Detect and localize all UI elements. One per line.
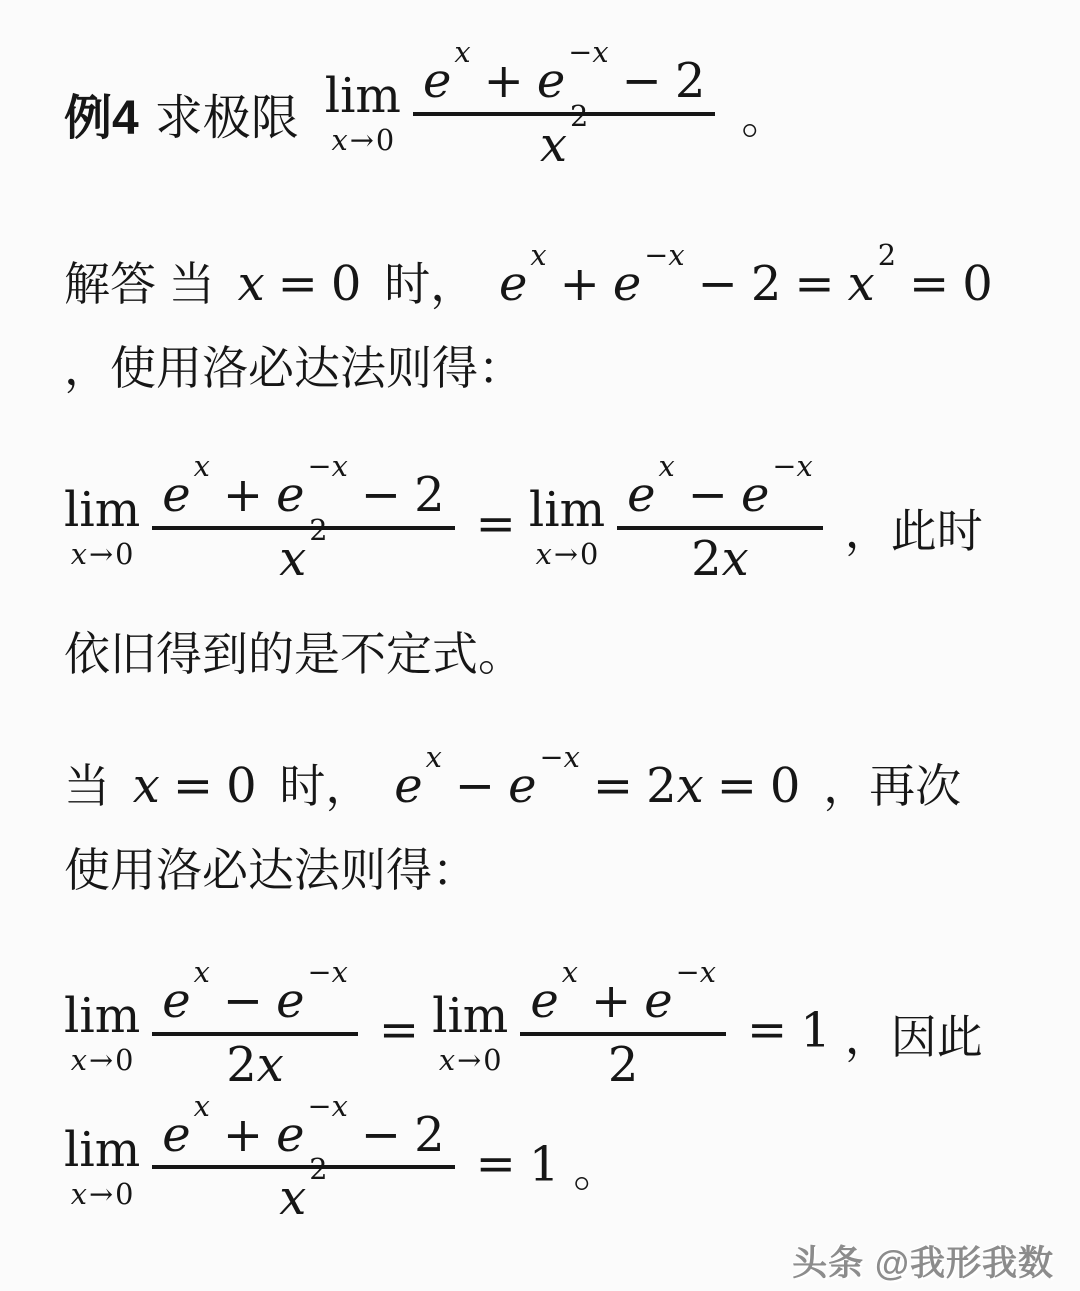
math-superscript: −x: [308, 449, 348, 483]
math-token: x: [536, 537, 552, 571]
fraction: ex−e−x2x: [152, 972, 358, 1096]
title-period: 。: [741, 81, 787, 147]
math-token: x: [257, 1037, 284, 1093]
math-token: ex: [162, 1107, 210, 1163]
d2-row2: limx→0ex+e−x−2x2=1 。: [64, 1106, 983, 1230]
d2-row2-equation: limx→0ex+e−x−2x2=1: [64, 1106, 559, 1230]
p2-line2-text: 使用洛必达法则得：: [64, 844, 478, 896]
p1-line2: ，使用洛必达法则得：: [64, 345, 1003, 391]
fraction-denominator: 2x: [681, 530, 759, 590]
math-token: 0: [115, 1177, 133, 1211]
math-superscript: 2: [878, 238, 896, 272]
p1-inline-math-1: x=0: [238, 256, 362, 312]
math-token: →: [89, 1177, 113, 1211]
math-token: 2: [414, 467, 445, 523]
p2-inline-math-1: x=0: [133, 758, 257, 814]
math-operator: −: [622, 53, 662, 109]
limit-operator: limx→0: [64, 486, 140, 569]
math-token: x2: [848, 256, 896, 312]
p2-inline-math-2: ex−e−x=2x=0: [394, 758, 800, 814]
math-operator: =: [747, 1002, 787, 1058]
math-operator: =: [476, 1136, 516, 1192]
math-operator: +: [223, 1107, 263, 1163]
math-token: x: [331, 123, 347, 157]
math-operator: −: [455, 758, 495, 814]
math-token: 0: [226, 758, 257, 814]
math-token: 2: [675, 53, 706, 109]
math-token: 0: [115, 1043, 133, 1077]
math-superscript: −x: [308, 955, 348, 989]
math-operator: =: [717, 758, 757, 814]
math-token: x: [238, 256, 265, 312]
lim-subscript: x→0: [535, 540, 600, 569]
fraction-denominator: x2: [269, 1169, 337, 1229]
math-token: 2: [751, 256, 782, 312]
math-operator: −: [361, 467, 401, 523]
p2-line2: 使用洛必达法则得：: [64, 847, 961, 893]
math-token: e−x: [741, 467, 813, 523]
math-token: e−x: [613, 256, 685, 312]
p1-mid: 时，: [384, 258, 476, 310]
math-token: x2: [279, 531, 327, 587]
math-token: ex: [162, 467, 210, 523]
paragraph-solution: 解答 当 x=0 时， ex+e−x−2=x2=0 ，使用洛必达法则得：: [64, 260, 1003, 391]
math-token: ex: [499, 256, 547, 312]
d1-tail: ，此时: [845, 495, 983, 561]
math-token: x: [722, 531, 749, 587]
math-token: 0: [376, 123, 394, 157]
math-token: x: [439, 1043, 455, 1077]
limit-operator: limx→0: [325, 72, 401, 155]
math-superscript: x: [658, 449, 674, 483]
math-token: x: [71, 1043, 87, 1077]
display-formula-2: limx→0ex−e−x2x=limx→0ex+e−x2=1 ，因此 limx→…: [64, 972, 983, 1229]
math-token: 2: [608, 1037, 639, 1093]
math-operator: +: [223, 467, 263, 523]
paragraph-second: 当 x=0 时， ex−e−x=2x=0 ，再次 使用洛必达法则得：: [64, 762, 961, 893]
lim-word: lim: [325, 72, 401, 120]
p2-suffix: ，再次: [823, 760, 961, 812]
lim-subscript: x→0: [70, 1180, 135, 1209]
d1-equation: limx→0ex+e−x−2x2=limx→0ex−e−x2x: [64, 466, 831, 590]
math-token: x: [71, 1177, 87, 1211]
p2-prefix: 当: [64, 760, 110, 812]
fraction: ex+e−x−2x2: [413, 52, 715, 176]
math-token: ex: [627, 467, 675, 523]
d2-row1: limx→0ex−e−x2x=limx→0ex+e−x2=1 ，因此: [64, 972, 983, 1096]
fraction-denominator: x2: [530, 116, 598, 176]
math-token: 0: [331, 256, 362, 312]
math-superscript: x: [426, 740, 442, 774]
math-operator: =: [379, 1002, 419, 1058]
math-token: 2: [691, 531, 722, 587]
fraction-numerator: ex−e−x: [152, 972, 358, 1032]
limit-operator: limx→0: [64, 1126, 140, 1209]
fraction-numerator: ex+e−x−2: [152, 466, 454, 526]
math-superscript: −x: [568, 35, 608, 69]
math-superscript: x: [454, 35, 470, 69]
math-superscript: −x: [539, 740, 579, 774]
display-formula-1: limx→0ex+e−x−2x2=limx→0ex−e−x2x ，此时 依旧得到…: [64, 466, 983, 684]
math-operator: −: [361, 1107, 401, 1163]
math-operator: =: [794, 256, 834, 312]
p2-line1: 当 x=0 时， ex−e−x=2x=0 ，再次: [64, 762, 961, 810]
title-formula: limx→0ex+e−x−2x2: [325, 52, 724, 176]
math-token: ex: [423, 53, 471, 109]
math-token: →: [457, 1043, 481, 1077]
lim-subscript: x→0: [70, 540, 135, 569]
lim-word: lim: [529, 486, 605, 534]
math-superscript: x: [194, 449, 210, 483]
math-operator: =: [476, 496, 516, 552]
math-superscript: −x: [772, 449, 812, 483]
d1-note-text: 依旧得到的是不定式。: [64, 628, 524, 680]
math-superscript: 2: [309, 1152, 327, 1186]
math-token: e−x: [276, 973, 348, 1029]
math-operator: =: [278, 256, 318, 312]
d1-note: 依旧得到的是不定式。: [64, 618, 983, 684]
math-token: →: [554, 537, 578, 571]
math-superscript: 2: [309, 513, 327, 547]
math-token: 0: [962, 256, 993, 312]
fraction-denominator: 2: [598, 1036, 649, 1096]
lim-subscript: x→0: [330, 126, 395, 155]
limit-operator: limx→0: [64, 992, 140, 1075]
math-superscript: −x: [308, 1089, 348, 1123]
lim-subscript: x→0: [438, 1046, 503, 1075]
math-token: ex: [394, 758, 442, 814]
p1-line1: 解答 当 x=0 时， ex+e−x−2=x2=0: [64, 260, 1003, 308]
math-token: 0: [115, 537, 133, 571]
math-token: ex: [162, 973, 210, 1029]
math-operator: −: [688, 467, 728, 523]
title-line: 例4 求极限 limx→0ex+e−x−2x2 。: [64, 52, 787, 176]
watermark-brand: 头条 @我形我数: [792, 1236, 1054, 1286]
fraction: ex+e−x−2x2: [152, 1106, 454, 1230]
math-token: 1: [529, 1136, 560, 1192]
math-operator: −: [223, 973, 263, 1029]
math-operator: +: [560, 256, 600, 312]
math-token: 2: [226, 1037, 257, 1093]
lim-word: lim: [64, 1126, 140, 1174]
fraction: ex+e−x−2x2: [152, 466, 454, 590]
fraction-numerator: ex−e−x: [617, 466, 823, 526]
math-token: x2: [540, 117, 588, 173]
d2-row2-period: 。: [573, 1134, 619, 1200]
math-token: x2: [279, 1170, 327, 1226]
math-superscript: x: [562, 955, 578, 989]
lim-word: lim: [64, 992, 140, 1040]
math-token: →: [89, 537, 113, 571]
math-token: 1: [800, 1002, 831, 1058]
limit-operator: limx→0: [432, 992, 508, 1075]
p1-line2-text: ，使用洛必达法则得：: [64, 342, 524, 394]
math-superscript: 2: [570, 99, 588, 133]
math-superscript: x: [530, 238, 546, 272]
math-token: ex: [530, 973, 578, 1029]
limit-operator: limx→0: [529, 486, 605, 569]
math-superscript: −x: [676, 955, 716, 989]
math-token: 0: [580, 537, 598, 571]
math-operator: +: [484, 53, 524, 109]
math-token: 2: [646, 758, 677, 814]
fraction-denominator: 2x: [216, 1036, 294, 1096]
p2-mid: 时，: [279, 760, 371, 812]
fraction: ex−e−x2x: [617, 466, 823, 590]
page-root: 例4 求极限 limx→0ex+e−x−2x2 。 解答 当 x=0 时， ex…: [0, 0, 1080, 1291]
math-superscript: x: [194, 955, 210, 989]
fraction-denominator: x2: [269, 530, 337, 590]
math-operator: =: [173, 758, 213, 814]
lim-subscript: x→0: [70, 1046, 135, 1075]
math-token: 2: [414, 1107, 445, 1163]
fraction-numerator: ex+e−x−2: [152, 1106, 454, 1166]
math-operator: =: [909, 256, 949, 312]
fraction: ex+e−x2: [520, 972, 726, 1096]
math-operator: −: [698, 256, 738, 312]
title-text: 求极限: [155, 79, 299, 148]
math-token: 0: [483, 1043, 501, 1077]
d1-row1: limx→0ex+e−x−2x2=limx→0ex−e−x2x ，此时: [64, 466, 983, 590]
math-token: x: [677, 758, 704, 814]
lim-word: lim: [64, 486, 140, 534]
math-token: 0: [770, 758, 801, 814]
math-token: →: [350, 123, 374, 157]
math-operator: =: [593, 758, 633, 814]
d2-row1-tail: ，因此: [845, 1001, 983, 1067]
d2-row1-equation: limx→0ex−e−x2x=limx→0ex+e−x2=1: [64, 972, 831, 1096]
p1-inline-math-2: ex+e−x−2=x2=0: [499, 256, 993, 312]
math-token: →: [89, 1043, 113, 1077]
math-token: x: [133, 758, 160, 814]
math-superscript: x: [194, 1089, 210, 1123]
fraction-numerator: ex+e−x−2: [413, 52, 715, 112]
math-token: e−x: [508, 758, 580, 814]
fraction-numerator: ex+e−x: [520, 972, 726, 1032]
math-superscript: −x: [644, 238, 684, 272]
example-label: 例4: [64, 79, 139, 148]
math-token: e−x: [644, 973, 716, 1029]
p1-prefix: 解答 当: [64, 258, 215, 310]
math-operator: +: [591, 973, 631, 1029]
math-token: x: [71, 537, 87, 571]
lim-word: lim: [432, 992, 508, 1040]
